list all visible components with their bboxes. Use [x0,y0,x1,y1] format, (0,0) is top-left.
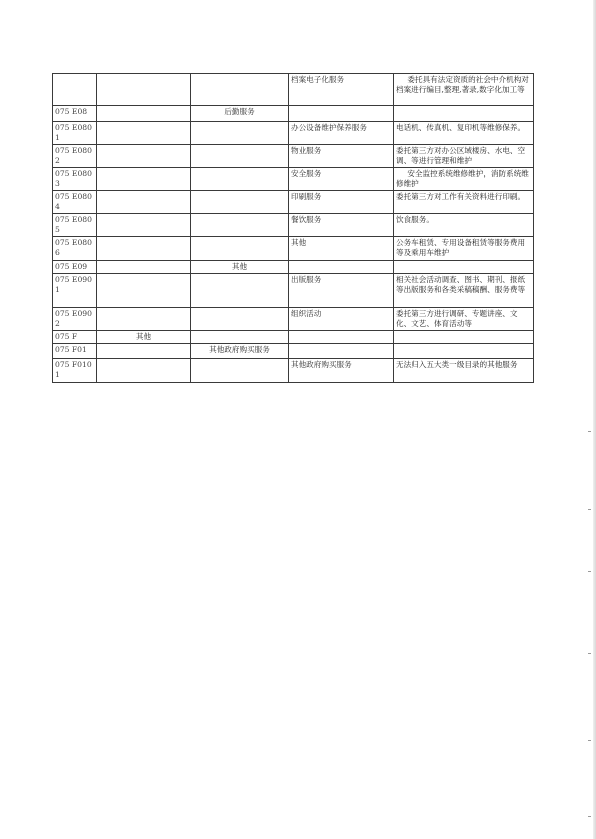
level1-cell [97,237,191,261]
level2-cell [191,122,289,145]
table-row: 075 E0804印刷服务委托第三方对工作有关资料进行印刷。 [53,191,534,214]
level3-cell: 其他政府购买服务 [289,359,394,383]
table-row: 075 E0902组织活动委托第三方进行调研、专题讲座、文化、文艺、体育活动等 [53,308,534,331]
level3-cell [289,106,394,122]
description-cell: 无法归入五大类一级目录的其他服务 [394,359,534,383]
level2-cell: 后勤服务 [191,106,289,122]
code-cell: 075 E0805 [53,214,97,237]
level1-cell [97,344,191,359]
code-cell: 075 F0101 [53,359,97,383]
description-cell [394,344,534,359]
level1-cell [97,214,191,237]
code-cell: 075 E0801 [53,122,97,145]
level2-cell [191,331,289,344]
level3-cell: 安全服务 [289,168,394,191]
level3-cell: 其他 [289,237,394,261]
level1-cell [97,122,191,145]
description-cell: 饮食服务。 [394,214,534,237]
code-cell: 075 E0804 [53,191,97,214]
scan-mark [588,816,591,817]
level1-cell [97,168,191,191]
level3-cell: 组织活动 [289,308,394,331]
level1-cell [97,191,191,214]
code-cell: 075 F01 [53,344,97,359]
procurement-catalog-table: 档案电子化服务委托具有法定资质的社会中介机构对档案进行编目,整理,著录,数字化加… [52,73,534,383]
level1-cell [97,274,191,308]
description-cell: 委托第三方对工作有关资料进行印刷。 [394,191,534,214]
level3-cell: 餐饮服务 [289,214,394,237]
level1-cell [97,261,191,274]
level2-cell [191,274,289,308]
level3-cell: 办公设备维护保养服务 [289,122,394,145]
code-cell: 075 E0806 [53,237,97,261]
code-cell: 075 E0901 [53,274,97,308]
table-row: 075 F0101其他政府购买服务无法归入五大类一级目录的其他服务 [53,359,534,383]
table-row: 075 E0806其他公务车租赁、专用设备租赁等服务费用等及乘用车维护 [53,237,534,261]
level3-cell: 印刷服务 [289,191,394,214]
description-cell: 委托具有法定资质的社会中介机构对档案进行编目,整理,著录,数字化加工等 [394,74,534,106]
description-cell: 电话机、传真机、复印机等维修保养。 [394,122,534,145]
table-row: 075 F01其他政府购买服务 [53,344,534,359]
level3-cell: 物业服务 [289,145,394,168]
description-cell: 委托第三方进行调研、专题讲座、文化、文艺、体育活动等 [394,308,534,331]
level1-cell [97,359,191,383]
level3-cell [289,344,394,359]
level3-cell: 出版服务 [289,274,394,308]
table-row: 075 F其他 [53,331,534,344]
description-cell [394,261,534,274]
table-row: 075 E0803安全服务安全监控系统维修维护，消防系统维修维护 [53,168,534,191]
scan-mark [588,571,591,572]
scan-mark [588,653,591,654]
code-cell: 075 E0802 [53,145,97,168]
table-row: 075 E08后勤服务 [53,106,534,122]
scan-mark [588,431,591,432]
code-cell: 075 F [53,331,97,344]
level2-cell [191,145,289,168]
level2-cell [191,74,289,106]
description-cell: 委托第三方对办公区域楼房、水电、空调、等进行管理和维护 [394,145,534,168]
level2-cell [191,168,289,191]
table-row: 075 E09其他 [53,261,534,274]
level1-cell [97,74,191,106]
table-row: 075 E0901出版服务相关社会活动调查、图书、期刊、报纸等出版服务和各类采稿… [53,274,534,308]
code-cell: 075 E08 [53,106,97,122]
description-cell [394,106,534,122]
scan-mark [588,509,591,510]
description-cell: 安全监控系统维修维护，消防系统维修维护 [394,168,534,191]
level2-cell [191,191,289,214]
level2-cell [191,359,289,383]
level2-cell [191,214,289,237]
code-cell: 075 E0902 [53,308,97,331]
scan-mark [588,740,591,741]
table-row: 075 E0802物业服务委托第三方对办公区域楼房、水电、空调、等进行管理和维护 [53,145,534,168]
table-row: 075 E0805餐饮服务饮食服务。 [53,214,534,237]
level3-cell [289,331,394,344]
description-cell: 公务车租赁、专用设备租赁等服务费用等及乘用车维护 [394,237,534,261]
level1-cell: 其他 [97,331,191,344]
code-cell [53,74,97,106]
level2-cell: 其他政府购买服务 [191,344,289,359]
level1-cell [97,106,191,122]
level1-cell [97,145,191,168]
description-cell: 相关社会活动调查、图书、期刊、报纸等出版服务和各类采稿稿酬、服务费等 [394,274,534,308]
level2-cell [191,237,289,261]
level3-cell: 档案电子化服务 [289,74,394,106]
table-row: 075 E0801办公设备维护保养服务电话机、传真机、复印机等维修保养。 [53,122,534,145]
level2-cell: 其他 [191,261,289,274]
code-cell: 075 E0803 [53,168,97,191]
level3-cell [289,261,394,274]
table-row: 档案电子化服务委托具有法定资质的社会中介机构对档案进行编目,整理,著录,数字化加… [53,74,534,106]
description-cell [394,331,534,344]
level2-cell [191,308,289,331]
level1-cell [97,308,191,331]
code-cell: 075 E09 [53,261,97,274]
